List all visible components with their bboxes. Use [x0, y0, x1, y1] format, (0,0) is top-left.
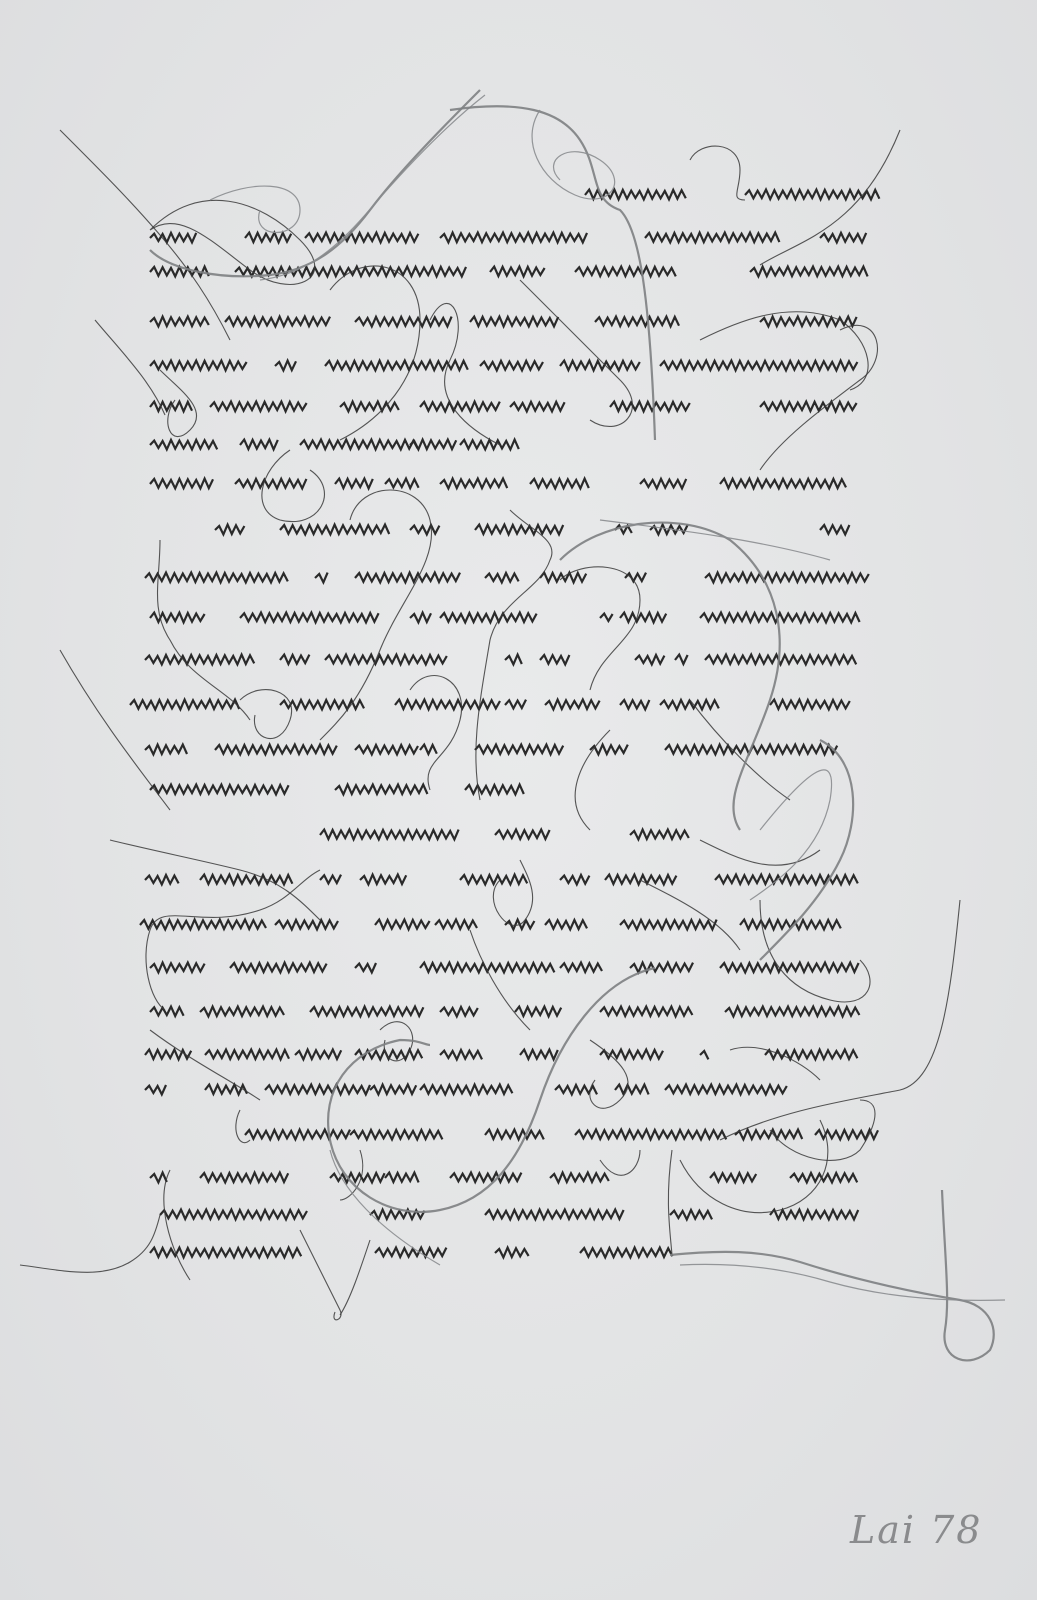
stitch-segment	[140, 920, 266, 930]
stitch-segment	[625, 573, 646, 582]
stitch-segment	[150, 1007, 184, 1016]
stitch-segment	[480, 361, 543, 371]
stitch-segment	[600, 1007, 692, 1017]
stitch-segment	[160, 1210, 307, 1220]
stitch-segment	[820, 233, 866, 243]
stitch-segment	[440, 1050, 482, 1059]
stitch-segment	[580, 1248, 672, 1258]
stitch-segment	[520, 1050, 558, 1060]
stitch-segment	[605, 875, 676, 885]
stitch-segment	[305, 233, 418, 243]
stitch-segment	[320, 875, 341, 884]
stitch-segment	[620, 920, 717, 930]
stitch-segment	[440, 233, 587, 243]
stitch-segment	[240, 440, 278, 450]
stitch-segment	[150, 317, 209, 327]
stitch-segment	[440, 1007, 478, 1016]
stitch-segment	[770, 1210, 858, 1220]
stitch-segment	[670, 1210, 712, 1219]
stitch-segment	[700, 613, 860, 623]
stitch-segment	[275, 361, 296, 371]
stitch-segment	[560, 875, 589, 884]
stitch-segment	[575, 267, 676, 277]
stitch-segment	[460, 875, 527, 885]
stitch-segment	[275, 920, 338, 929]
stitch-segment	[325, 655, 447, 665]
stitch-segment	[420, 745, 437, 754]
stitch-segment	[410, 613, 431, 623]
stitch-segment	[575, 1130, 726, 1140]
stitch-segment	[150, 233, 196, 243]
stitch-segment	[485, 1130, 544, 1140]
stitch-segment	[750, 267, 868, 277]
stitch-segment	[265, 1085, 370, 1095]
stitch-segment	[660, 700, 719, 709]
stitch-segment	[820, 525, 849, 534]
stitch-segment	[340, 402, 399, 412]
stitch-segment	[320, 830, 459, 840]
loose-threads	[20, 130, 960, 1320]
stitch-segment	[470, 317, 558, 327]
stitch-segment	[150, 479, 213, 489]
stitch-segment	[335, 785, 427, 795]
stitch-segment	[205, 1050, 289, 1060]
stitch-segment	[145, 875, 179, 884]
stitch-segment	[420, 402, 500, 412]
stitch-segment	[375, 920, 430, 930]
stitch-segment	[765, 1050, 857, 1060]
grey-loose-threads	[150, 90, 1005, 1360]
stitch-segment	[335, 479, 373, 489]
stitch-segment	[395, 700, 500, 710]
stitch-segment	[150, 1248, 301, 1258]
stitch-segment	[450, 1173, 521, 1182]
stitch-segment	[475, 525, 563, 535]
stitch-segment	[610, 402, 690, 412]
stitch-segment	[300, 440, 418, 450]
stitch-segment	[485, 1210, 624, 1220]
stitch-segment	[600, 614, 613, 621]
stitch-segment	[505, 655, 522, 665]
stitch-segment	[145, 573, 288, 583]
stitch-segment	[490, 267, 545, 277]
stitch-segment	[735, 1130, 802, 1140]
stitched-text-artwork	[0, 0, 1037, 1600]
artwork-sheet: Lai 78	[0, 0, 1037, 1600]
stitch-segment	[705, 655, 856, 665]
stitch-segment	[215, 745, 337, 755]
stitch-segment	[760, 402, 857, 412]
stitch-segment	[245, 233, 291, 243]
stitch-segment	[620, 613, 666, 623]
stitch-segment	[545, 920, 587, 929]
stitch-segment	[660, 361, 857, 371]
stitch-segment	[715, 875, 858, 885]
stitch-segment	[630, 963, 693, 973]
stitch-segment	[675, 655, 688, 664]
stitch-segment	[700, 1051, 708, 1059]
stitch-segment	[635, 655, 664, 664]
stitch-segment	[640, 479, 686, 489]
stitch-segment	[200, 1173, 288, 1183]
stitch-segment	[420, 1085, 512, 1095]
stitch-segment	[295, 1050, 341, 1060]
stitch-segment	[560, 963, 602, 972]
stitch-segment	[130, 700, 239, 710]
stitch-segment	[150, 785, 289, 795]
stitch-segment	[280, 525, 389, 535]
stitch-segment	[315, 573, 328, 583]
stitch-segment	[665, 1085, 787, 1095]
stitch-segment	[215, 525, 244, 535]
stitch-segment	[370, 1085, 416, 1095]
artist-signature: Lai 78	[850, 1508, 982, 1552]
stitch-segment	[505, 700, 526, 709]
stitch-segment	[150, 613, 205, 623]
stitch-rows	[130, 190, 879, 1258]
stitch-segment	[355, 317, 452, 327]
stitch-segment	[560, 361, 640, 371]
stitch-segment	[460, 440, 519, 450]
stitch-segment	[745, 190, 879, 200]
stitch-segment	[720, 479, 846, 489]
stitch-segment	[645, 233, 779, 243]
stitch-segment	[310, 1007, 423, 1017]
stitch-segment	[330, 1173, 385, 1182]
stitch-segment	[475, 745, 563, 755]
stitch-segment	[385, 1173, 419, 1183]
stitch-segment	[465, 785, 524, 795]
stitch-segment	[595, 317, 679, 327]
stitch-segment	[485, 573, 519, 582]
stitch-segment	[145, 1050, 191, 1060]
stitch-segment	[145, 655, 254, 665]
stitch-segment	[720, 963, 859, 973]
stitch-segment	[540, 655, 569, 664]
stitch-segment	[440, 613, 537, 623]
stitch-segment	[200, 1007, 284, 1017]
stitch-segment	[615, 1085, 649, 1095]
stitch-segment	[150, 1173, 167, 1183]
stitch-segment	[210, 402, 307, 412]
stitch-segment	[355, 745, 418, 754]
stitch-segment	[705, 573, 869, 583]
stitch-segment	[710, 1173, 756, 1182]
stitch-segment	[510, 402, 565, 412]
stitch-segment	[150, 440, 217, 450]
stitch-segment	[280, 655, 309, 664]
stitch-segment	[495, 830, 550, 839]
stitch-segment	[230, 963, 327, 973]
stitch-segment	[245, 1130, 350, 1140]
stitch-segment	[240, 613, 379, 623]
stitch-segment	[620, 700, 649, 709]
stitch-segment	[225, 317, 330, 327]
stitch-segment	[495, 1248, 529, 1258]
stitch-segment	[200, 875, 292, 885]
stitch-segment	[375, 1248, 446, 1257]
stitch-segment	[350, 1130, 442, 1139]
stitch-segment	[385, 479, 419, 489]
stitch-segment	[145, 745, 187, 755]
stitch-segment	[545, 700, 600, 710]
stitch-segment	[205, 1085, 247, 1095]
stitch-segment	[435, 920, 477, 929]
stitch-segment	[770, 700, 850, 710]
stitch-segment	[355, 573, 460, 583]
stitch-segment	[440, 479, 507, 489]
stitch-segment	[150, 963, 205, 973]
stitch-segment	[725, 1007, 859, 1017]
stitch-segment	[360, 875, 406, 885]
stitch-segment	[515, 1007, 561, 1017]
stitch-segment	[410, 440, 456, 450]
stitch-segment	[235, 479, 306, 489]
stitch-segment	[145, 1085, 166, 1094]
stitch-segment	[410, 525, 439, 534]
stitch-segment	[630, 830, 689, 840]
stitch-segment	[550, 1173, 609, 1183]
stitch-segment	[150, 361, 247, 371]
stitch-segment	[530, 479, 589, 489]
stitch-segment	[355, 963, 376, 972]
